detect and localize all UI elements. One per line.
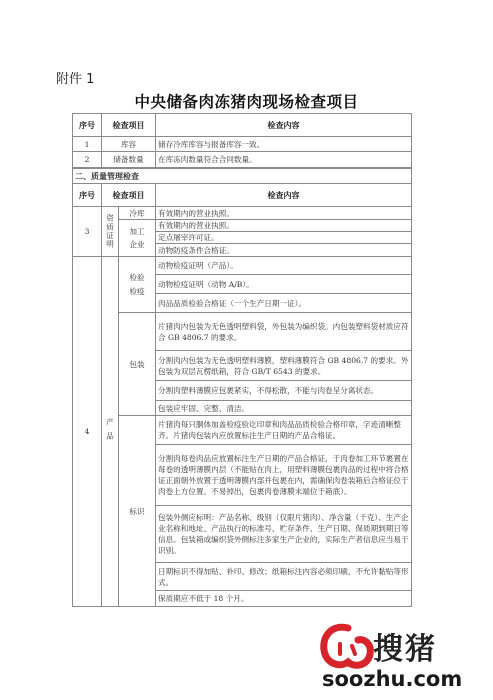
header-content: 检查内容 bbox=[156, 184, 412, 207]
row-content: 肉品品质检验合格证（一个生产日期一证）。 bbox=[156, 294, 412, 313]
row-content: 包装外侧应标明：产品名称、级别（仅限片猪肉）、净含量（千克）、生产企业名称和地址… bbox=[156, 506, 412, 563]
row-content: 片猪肉内包装为无色透明塑料袋，外包装为编织袋。内包装塑料袋材质应符合 GB 48… bbox=[156, 313, 412, 351]
sub-item: 标识 bbox=[119, 416, 156, 607]
row-content: 动物防疫条件合格证。 bbox=[156, 244, 412, 257]
sub-item: 加工企业 bbox=[119, 220, 156, 257]
row-content: 片猪肉每只胴体加盖检疫验讫印章和肉品品质检验合格印章，字迹清晰整齐。片猪肉包装内… bbox=[156, 416, 412, 445]
watermark-cn-text: 搜猪 bbox=[373, 624, 437, 668]
document-title: 中央储备肉冻猪肉现场检查项目 bbox=[0, 90, 493, 112]
table-row: 包装 片猪肉内包装为无色透明塑料袋，外包装为编织袋。内包装塑料袋材质应符合 GB… bbox=[73, 313, 412, 351]
row-content: 动物检疫证明（产品）。 bbox=[156, 257, 412, 275]
item-category: 产品 bbox=[102, 257, 119, 607]
header-no: 序号 bbox=[73, 114, 102, 137]
item-no: 4 bbox=[73, 257, 102, 607]
table-row: 1 库容 储存冷库库容与报备库容一致。 bbox=[73, 137, 412, 152]
sub-item: 检验检疫 bbox=[119, 257, 156, 313]
row-content: 日期标识不得加贴、补印、修改；纸箱标注内容必须印刷，不允许黏贴等形式。 bbox=[156, 563, 412, 591]
row-content: 定点屠宰许可证。 bbox=[156, 232, 412, 244]
header-item: 检查项目 bbox=[102, 184, 156, 207]
row-content: 保质期应不低于 18 个月。 bbox=[156, 591, 412, 607]
row-content: 有效期内的营业执照。 bbox=[156, 207, 412, 220]
attachment-label: 附件 1 bbox=[56, 68, 94, 87]
row-content: 在库冻肉数量符合合同数量。 bbox=[156, 152, 412, 168]
row-content: 包装应牢固、完整、清洁。 bbox=[156, 401, 412, 416]
row-content: 有效期内的营业执照。 bbox=[156, 220, 412, 232]
header-no: 序号 bbox=[73, 184, 102, 207]
table-row: 加工企业 有效期内的营业执照。 bbox=[73, 220, 412, 232]
header-content: 检查内容 bbox=[156, 114, 412, 137]
row-content: 分割肉每卷肉品应放置标注生产日期的产品合格证，于肉卷加工环节裹置在每卷的透明薄膜… bbox=[156, 445, 412, 506]
table-header-row: 序号 检查项目 检查内容 bbox=[73, 184, 412, 207]
sub-item: 包装 bbox=[119, 313, 156, 416]
row-item: 库容 bbox=[102, 137, 156, 152]
sub-item-label: 加工企业 bbox=[127, 225, 147, 251]
table-row: 4 产品 检验检疫 动物检疫证明（产品）。 bbox=[73, 257, 412, 275]
soozhu-watermark-logo: 搜猪 soozhu.com bbox=[318, 620, 493, 700]
row-content: 分割肉内包装为无色透明塑料薄膜，塑料薄膜符合 GB 4806.7 的要求。外包装… bbox=[156, 351, 412, 381]
row-content: 分割肉塑料薄膜应包裹紧实，不得松散，不能与肉卷呈分离状态。 bbox=[156, 381, 412, 401]
watermark-en-text: soozhu.com bbox=[322, 667, 462, 691]
category-label: 资质证明 bbox=[105, 214, 116, 248]
row-no: 1 bbox=[73, 137, 102, 152]
sub-item-label: 检验检疫 bbox=[127, 271, 147, 299]
table-row: 标识 片猪肉每只胴体加盖检疫验讫印章和肉品品质检验合格印章，字迹清晰整齐。片猪肉… bbox=[73, 416, 412, 445]
section-title: 二、质量管理检查 bbox=[73, 169, 412, 184]
table-row: 3 资质证明 冷库 有效期内的营业执照。 bbox=[73, 207, 412, 220]
row-content: 动物检疫证明（动物 A/B）。 bbox=[156, 275, 412, 294]
row-no: 2 bbox=[73, 152, 102, 168]
item-no: 3 bbox=[73, 207, 102, 257]
table-storage-check: 序号 检查项目 检查内容 1 库容 储存冷库库容与报备库容一致。 2 储备数量 … bbox=[72, 113, 412, 168]
table-quality-check: 二、质量管理检查 序号 检查项目 检查内容 3 资质证明 冷库 有效期内的营业执… bbox=[72, 168, 412, 607]
row-content: 储存冷库库容与报备库容一致。 bbox=[156, 137, 412, 152]
sub-item: 冷库 bbox=[119, 207, 156, 220]
header-item: 检查项目 bbox=[102, 114, 156, 137]
table-row: 2 储备数量 在库冻肉数量符合合同数量。 bbox=[73, 152, 412, 168]
item-category: 资质证明 bbox=[102, 207, 119, 257]
soozhu-logo-icon bbox=[318, 622, 374, 672]
table-header-row: 序号 检查项目 检查内容 bbox=[73, 114, 412, 137]
section-title-row: 二、质量管理检查 bbox=[73, 169, 412, 184]
category-label: 产品 bbox=[105, 418, 116, 445]
row-item: 储备数量 bbox=[102, 152, 156, 168]
